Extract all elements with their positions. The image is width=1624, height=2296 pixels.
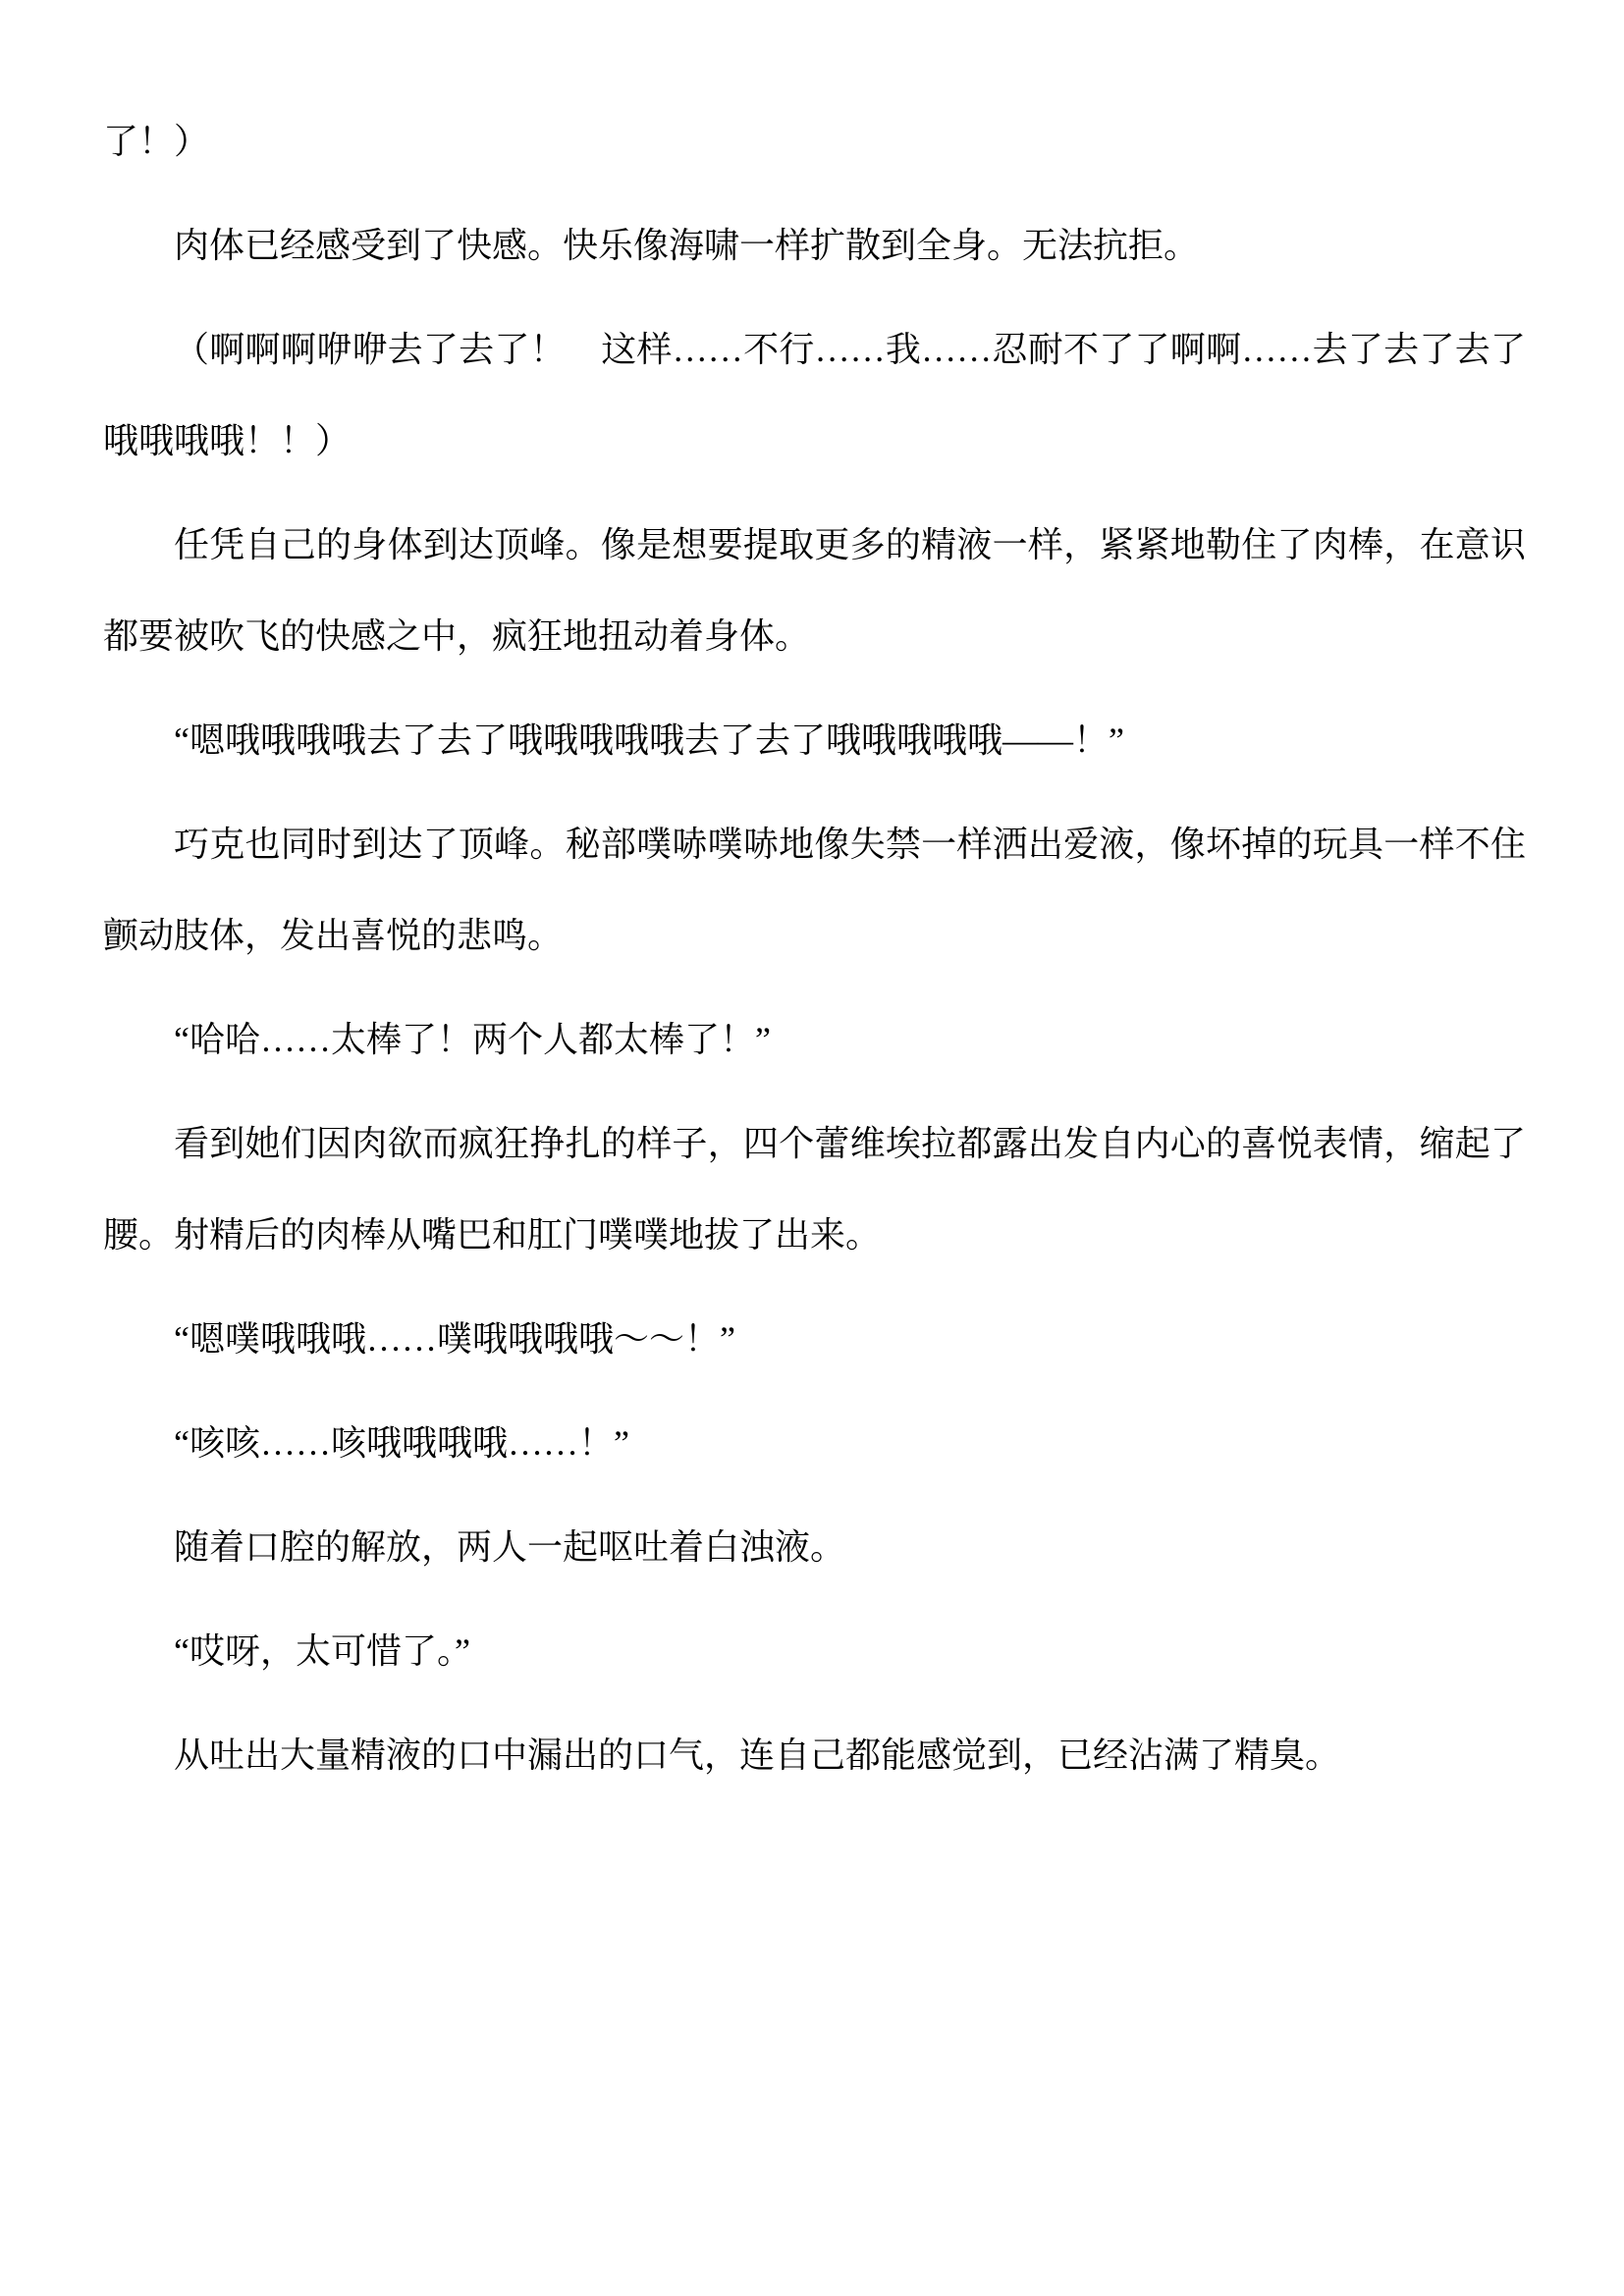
paragraph-12: “哎呀，太可惜了。” [103,1606,1526,1697]
document-page: 了！） 肉体已经感受到了快感。快乐像海啸一样扩散到全身。无法抗拒。 （啊啊啊咿咿… [0,0,1624,2296]
paragraph-10: “咳咳……咳哦哦哦哦……！” [103,1398,1526,1489]
paragraph-8: 看到她们因肉欲而疯狂挣扎的样子，四个蕾维埃拉都露出发自内心的喜悦表情，缩起了腰。… [103,1098,1526,1281]
paragraph-7: “哈哈……太棒了！两个人都太棒了！” [103,994,1526,1086]
paragraph-1: 了！） [103,96,1526,187]
paragraph-5: “嗯哦哦哦哦去了去了哦哦哦哦哦去了去了哦哦哦哦哦——！” [103,695,1526,786]
paragraph-6: 巧克也同时到达了顶峰。秘部噗哧噗哧地像失禁一样洒出爱液，像坏掉的玩具一样不住颤动… [103,799,1526,982]
paragraph-4: 任凭自己的身体到达顶峰。像是想要提取更多的精液一样，紧紧地勒住了肉棒，在意识都要… [103,500,1526,682]
paragraph-11: 随着口腔的解放，两人一起呕吐着白浊液。 [103,1502,1526,1593]
paragraph-3: （啊啊啊咿咿去了去了！ 这样……不行……我……忍耐不了了啊啊……去了去了去了哦哦… [103,304,1526,487]
paragraph-2: 肉体已经感受到了快感。快乐像海啸一样扩散到全身。无法抗拒。 [103,200,1526,292]
paragraph-9: “嗯噗哦哦哦……噗哦哦哦哦～～！” [103,1294,1526,1385]
paragraph-13: 从吐出大量精液的口中漏出的口气，连自己都能感觉到，已经沾满了精臭。 [103,1710,1526,1801]
